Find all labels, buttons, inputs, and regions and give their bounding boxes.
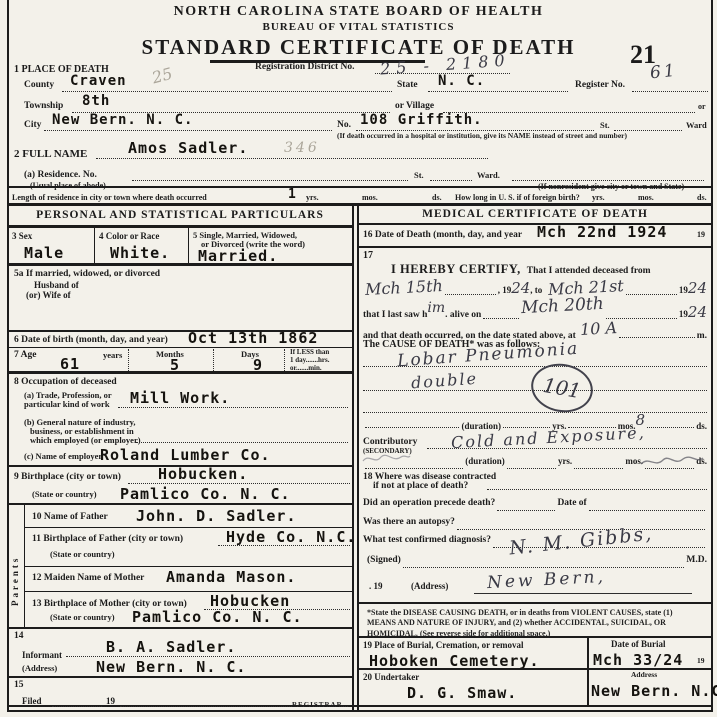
residence-divider (8, 186, 713, 188)
attended-from-row: Mch 15th , 19 24 , to Mch 21st 19 24 (365, 278, 707, 298)
page-border-bottom-2 (8, 710, 713, 712)
medical-title: MEDICAL CERTIFICATE OF DEATH (359, 208, 711, 220)
length-years-value: 1 (288, 187, 297, 202)
dob-value: Oct 13th 1862 (188, 329, 318, 347)
foreign-ds-label: ds. (697, 193, 707, 202)
item-17-number: 17 (363, 250, 373, 261)
full-name-label: 2 FULL NAME (14, 148, 87, 160)
county-pencil-note: 25 (150, 64, 175, 88)
residence-st-line (430, 180, 472, 181)
birthplace-value: Hobucken. (158, 465, 248, 483)
birthplace-bottom (8, 503, 352, 505)
trade-value: Mill Work. (130, 389, 230, 407)
filed-number: 15 (14, 680, 24, 690)
street-value: 108 Griffith. (360, 112, 483, 128)
pen-scribble-right (639, 452, 705, 470)
contributory-label: Contributory (363, 437, 417, 447)
village-or-suffix: or (698, 102, 706, 111)
age-less-label-2: 1 day.......hrs. (290, 356, 329, 364)
burial-date-19: 19 (697, 656, 705, 665)
autopsy-row: Was there an autopsy? (363, 517, 707, 533)
length-yrs-label: yrs. (306, 193, 319, 202)
cause-leader-3 (363, 412, 707, 413)
birthplace-state-label: (State or country) (32, 489, 97, 499)
age-div-1 (128, 349, 129, 371)
last-saw-row: that I last saw h im . alive on Mch 20th… (363, 302, 707, 322)
to-label: , to (530, 285, 542, 295)
employer-label: (c) Name of employer (24, 451, 102, 461)
sex-value: Male (24, 244, 64, 262)
contributory-leader (427, 448, 707, 449)
city-value: New Bern. N. C. (52, 112, 193, 128)
industry-line (136, 442, 348, 443)
undertaker-address-value: New Bern. N.C (591, 682, 717, 700)
duration-leader-0 (365, 427, 459, 428)
township-value: 8th (82, 93, 110, 109)
test-label: What test confirmed diagnosis? (363, 535, 491, 545)
cause-leader-1 (363, 366, 707, 367)
personal-title: PERSONAL AND STATISTICAL PARTICULARS (8, 209, 352, 221)
address-underline (474, 593, 692, 594)
st-label: St. (600, 120, 610, 130)
county-label: County (24, 80, 54, 90)
duration-label: (duration) (461, 421, 501, 431)
duration2-yrs-label: yrs. (558, 456, 572, 466)
column-divider-1 (352, 203, 354, 710)
race-label: 4 Color or Race (99, 231, 159, 241)
circled-number-value: 101 (541, 373, 583, 403)
residence-ward-label: Ward. (477, 170, 500, 180)
saw-leader-1 (483, 318, 519, 319)
filed-19-label: 19 (106, 696, 115, 706)
md-label: M.D. (686, 555, 707, 565)
saw-year-hand: 24 (688, 303, 707, 321)
cause-leader-2 (363, 390, 707, 391)
length-mos-label: mos. (362, 193, 378, 202)
date-of-death-value: Mch 22nd 1924 (537, 223, 667, 241)
operation-leader-1 (497, 510, 555, 511)
filed-line-1 (52, 706, 102, 707)
footnote-top-bar (359, 602, 711, 604)
from-leader (445, 294, 496, 295)
to-year-hand: 24 (688, 279, 707, 297)
burial-top-bar (359, 636, 711, 638)
full-name-pencil-note: 346 (284, 140, 320, 156)
age-years-label: years (103, 350, 122, 360)
age-div-2 (213, 349, 214, 371)
medical-column: MEDICAL CERTIFICATE OF DEATH 16 Date of … (359, 206, 711, 710)
duration-ds-label: ds. (696, 421, 707, 431)
parents-bottom-bar (8, 627, 352, 629)
occupation-label: 8 Occupation of deceased (14, 377, 117, 387)
operation-row: Did an operation precede death? Date of (363, 498, 707, 514)
board-title: NORTH CAROLINA STATE BOARD OF HEALTH (0, 4, 717, 20)
age-label: 7 Age (14, 350, 36, 360)
filed-label: Filed (22, 696, 42, 706)
date-of-label: Date of (557, 498, 586, 508)
county-value: Craven (70, 73, 127, 89)
burial-bottom-bar (359, 668, 711, 670)
informant-line (66, 656, 350, 657)
father-name-label: 10 Name of Father (32, 512, 108, 522)
birthplace-state-value: Pamlico Co. N. C. (120, 485, 291, 503)
last-saw-him-hand: im (427, 300, 445, 316)
city-line (44, 130, 332, 131)
mother-row-bottom (24, 591, 352, 592)
father-bp-label: 11 Birthplace of Father (city or town) (32, 534, 183, 544)
residence-ward-line (512, 180, 704, 181)
cells-bottom-bar (8, 263, 352, 266)
employer-value: Roland Lumber Co. (100, 446, 271, 464)
township-label: Township (24, 101, 63, 111)
reg-district-label: Registration District No. (255, 62, 354, 72)
last-saw-date-value: Mch 20th (520, 294, 604, 318)
disease-contracted-leader (487, 489, 707, 490)
alive-on-label: . alive on (445, 310, 481, 320)
hospital-note: (If death occurred in a hospital or inst… (337, 131, 627, 140)
informant-address-label: (Address) (22, 663, 57, 673)
mother-bp-state-label: (State or country) (50, 612, 115, 622)
death-time-value: 10 A (579, 318, 617, 339)
duration-leader-3 (647, 427, 694, 428)
register-no-value: 61 (649, 61, 679, 84)
signed-19-label: . 19 (369, 581, 383, 591)
residence-label: (a) Residence. No. (24, 170, 97, 180)
last-saw-label: that I last saw h (363, 310, 427, 320)
undertaker-cell-divider (587, 668, 589, 706)
undertaker-address-label: Address (631, 670, 657, 679)
duration2-leader-2 (574, 468, 623, 469)
mother-name-value: Amanda Mason. (166, 568, 296, 586)
residence-st-label: St. (414, 170, 424, 180)
informant-number: 14 (14, 631, 24, 641)
certify-row: I HEREBY CERTIFY, That I attended deceas… (391, 262, 707, 277)
length-residence-label: Length of residence in city or town wher… (12, 193, 207, 202)
registrar-label: REGISTRAR (292, 701, 343, 709)
age-div-3 (284, 349, 285, 371)
foreign-yrs-label: yrs. (592, 193, 605, 202)
death-time-m-label: m. (697, 331, 707, 341)
village-label: or Village (395, 101, 434, 111)
personal-title-underline (8, 225, 352, 228)
burial-place-label: 19 Place of Burial, Cremation, or remova… (363, 640, 523, 650)
from-year-hand: 24 (511, 279, 530, 297)
burial-cell-divider (587, 636, 589, 668)
duration2-label: (duration) (465, 456, 505, 466)
certify-rest-label: That I attended deceased from (527, 266, 651, 276)
informant-label: Informant (22, 650, 62, 660)
dod-bottom-bar (359, 246, 711, 248)
foreign-mos-label: mos. (638, 193, 654, 202)
signed-leader (403, 567, 685, 568)
street-no-label: No. (337, 120, 351, 130)
birthplace-label: 9 Birthplace (city or town) (14, 472, 121, 482)
footnote-text: *State the DISEASE CAUSING DEATH, or in … (367, 608, 703, 639)
certify-bold-label: I HEREBY CERTIFY, (391, 262, 521, 277)
father-name-value: John. D. Sadler. (136, 507, 297, 525)
father-bp-state-label: (State or country) (50, 549, 115, 559)
informant-address-value: New Bern. N. C. (96, 658, 246, 676)
birthplace-line (128, 483, 350, 484)
trade-line (118, 407, 348, 408)
burial-date-value: Mch 33/24 (593, 651, 683, 669)
foreign-birth-label: How long in U. S. if of foreign birth? (455, 193, 580, 202)
informant-bottom (8, 676, 352, 678)
disease-contracted-label-2: if not at place of death? (373, 481, 468, 491)
death-certificate-page: NORTH CAROLINA STATE BOARD OF HEALTH BUR… (0, 0, 717, 717)
to-year-pre: 19 (679, 285, 688, 295)
city-label: City (24, 120, 41, 130)
duration2-leader-0 (365, 468, 463, 469)
ward-label: Ward (686, 120, 707, 130)
from-year-pre: , 19 (498, 285, 512, 295)
undertaker-value: D. G. Smaw. (407, 684, 517, 702)
county-line (62, 91, 392, 92)
race-value: White. (110, 244, 170, 262)
cell-divider-1 (94, 228, 95, 263)
length-ds-label: ds. (432, 193, 442, 202)
autopsy-label: Was there an autopsy? (363, 517, 455, 527)
age-less-label-1: If LESS than (290, 348, 329, 356)
wife-of-label: (or) Wife of (26, 290, 71, 300)
bureau-subtitle: BUREAU OF VITAL STATISTICS (0, 21, 717, 33)
state-label: State (397, 80, 418, 90)
operation-leader-2 (589, 510, 705, 511)
to-leader (626, 294, 677, 295)
page-border-right (711, 0, 713, 712)
address-label: (Address) (411, 581, 448, 591)
father-bp-line (218, 545, 350, 546)
sex-label: 3 Sex (12, 231, 32, 241)
full-name-value: Amos Sadler. (128, 139, 248, 157)
cell-divider-2 (188, 228, 189, 263)
father-bp-row-bottom (24, 566, 352, 567)
certificate-title: STANDARD CERTIFICATE OF DEATH (0, 35, 717, 60)
circled-number: 101 (527, 359, 596, 417)
trade-label-2: particular kind of work (24, 399, 110, 409)
register-no-label: Register No. (575, 80, 625, 90)
father-bp-value: Hyde Co. N.C. (226, 528, 356, 546)
parents-strip-divider (24, 505, 25, 629)
operation-label: Did an operation precede death? (363, 498, 495, 508)
dob-label: 6 Date of birth (month, day, and year) (14, 335, 168, 345)
informant-value: B. A. Sadler. (106, 638, 236, 656)
duration2-leader-1 (507, 468, 556, 469)
signed-label: (Signed) (367, 555, 401, 565)
state-value: N. C. (438, 73, 485, 89)
date-of-death-19: 19 (697, 230, 705, 239)
parents-vertical-label: Parents (10, 536, 20, 606)
attended-from-value: Mch 15th (365, 276, 444, 299)
signed-row: (Signed) M.D. (367, 555, 707, 571)
personal-column: PERSONAL AND STATISTICAL PARTICULARS 3 S… (8, 206, 352, 710)
death-time-leader (619, 337, 695, 338)
saw-year-pre: 19 (679, 309, 688, 319)
married-widowed-label: 5a If married, widowed, or divorced (14, 269, 160, 279)
mother-bp-state-value: Pamlico Co. N. C. (132, 608, 303, 626)
cause-line-2-value: double (410, 369, 478, 393)
undertaker-label: 20 Undertaker (363, 672, 419, 682)
date-of-death-label: 16 Date of Death (month, day, and year (363, 230, 522, 240)
residence-line (132, 180, 408, 181)
husband-of-label: Husband of (34, 280, 79, 290)
state-line (428, 91, 568, 92)
register-line (632, 91, 708, 92)
industry-label-3: which employed (or employer) (30, 435, 141, 445)
burial-date-label: Date of Burial (611, 639, 666, 649)
age-bottom-bar (8, 371, 352, 374)
mother-name-label: 12 Maiden Name of Mother (32, 573, 144, 583)
full-name-line (96, 158, 488, 159)
